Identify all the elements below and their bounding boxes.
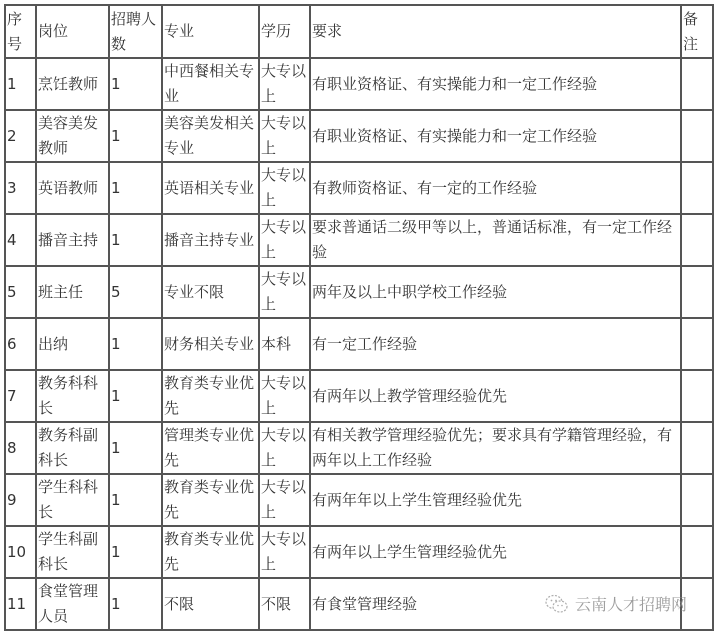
cell-education: 大专以上 [259, 162, 310, 214]
cell-position: 教务科科长 [36, 370, 109, 422]
cell-requirement: 有相关教学管理经验优先；要求具有学籍管理经验，有两年以上工作经验 [310, 422, 681, 474]
cell-position: 美容美发教师 [36, 110, 109, 162]
cell-major: 播音主持专业 [162, 214, 259, 266]
cell-requirement: 有教师资格证、有一定的工作经验 [310, 162, 681, 214]
cell-position: 班主任 [36, 266, 109, 318]
header-count: 招聘人数 [109, 5, 162, 58]
cell-position: 学生科科长 [36, 474, 109, 526]
cell-position: 出纳 [36, 318, 109, 370]
cell-no: 10 [5, 526, 36, 578]
cell-no: 6 [5, 318, 36, 370]
cell-major: 教育类专业优先 [162, 526, 259, 578]
table-row: 7 教务科科长 1 教育类专业优先 大专以上 有两年以上教学管理经验优先 [5, 370, 713, 422]
cell-remark [681, 422, 713, 474]
cell-major: 英语相关专业 [162, 162, 259, 214]
cell-no: 5 [5, 266, 36, 318]
table-row: 6 出纳 1 财务相关专业 本科 有一定工作经验 [5, 318, 713, 370]
cell-education: 大专以上 [259, 422, 310, 474]
table-row: 1 烹饪教师 1 中西餐相关专业 大专以上 有职业资格证、有实操能力和一定工作经… [5, 58, 713, 110]
cell-major: 管理类专业优先 [162, 422, 259, 474]
cell-count: 1 [109, 474, 162, 526]
cell-major: 教育类专业优先 [162, 370, 259, 422]
table-row: 5 班主任 5 专业不限 大专以上 两年及以上中职学校工作经验 [5, 266, 713, 318]
cell-no: 2 [5, 110, 36, 162]
header-major: 专业 [162, 5, 259, 58]
cell-count: 1 [109, 214, 162, 266]
cell-major: 财务相关专业 [162, 318, 259, 370]
wechat-icon [545, 594, 569, 614]
cell-requirement: 要求普通话二级甲等以上，普通话标准，有一定工作经验 [310, 214, 681, 266]
cell-no: 8 [5, 422, 36, 474]
cell-education: 大专以上 [259, 526, 310, 578]
header-requirement: 要求 [310, 5, 681, 58]
cell-no: 1 [5, 58, 36, 110]
table-row: 10 学生科副科长 1 教育类专业优先 大专以上 有两年以上学生管理经验优先 [5, 526, 713, 578]
cell-requirement: 两年及以上中职学校工作经验 [310, 266, 681, 318]
cell-count: 1 [109, 318, 162, 370]
cell-major: 专业不限 [162, 266, 259, 318]
cell-requirement: 有一定工作经验 [310, 318, 681, 370]
watermark: 云南人才招聘网 [545, 592, 687, 615]
cell-remark [681, 318, 713, 370]
cell-count: 1 [109, 58, 162, 110]
cell-position: 学生科副科长 [36, 526, 109, 578]
header-position: 岗位 [36, 5, 109, 58]
cell-position: 英语教师 [36, 162, 109, 214]
cell-count: 1 [109, 370, 162, 422]
cell-remark [681, 214, 713, 266]
cell-position: 播音主持 [36, 214, 109, 266]
cell-count: 1 [109, 578, 162, 630]
cell-major: 不限 [162, 578, 259, 630]
table-row: 9 学生科科长 1 教育类专业优先 大专以上 有两年年以上学生管理经验优先 [5, 474, 713, 526]
cell-requirement: 有两年以上学生管理经验优先 [310, 526, 681, 578]
cell-remark [681, 370, 713, 422]
cell-count: 5 [109, 266, 162, 318]
cell-no: 4 [5, 214, 36, 266]
cell-count: 1 [109, 110, 162, 162]
header-remark: 备注 [681, 5, 713, 58]
recruitment-table: 序号 岗位 招聘人数 专业 学历 要求 备注 1 烹饪教师 1 中西餐相关专业 … [4, 4, 714, 631]
table-row: 4 播音主持 1 播音主持专业 大专以上 要求普通话二级甲等以上，普通话标准，有… [5, 214, 713, 266]
cell-requirement: 有职业资格证、有实操能力和一定工作经验 [310, 58, 681, 110]
cell-no: 3 [5, 162, 36, 214]
table-row: 3 英语教师 1 英语相关专业 大专以上 有教师资格证、有一定的工作经验 [5, 162, 713, 214]
cell-education: 不限 [259, 578, 310, 630]
cell-major: 中西餐相关专业 [162, 58, 259, 110]
table-row: 8 教务科副科长 1 管理类专业优先 大专以上 有相关教学管理经验优先；要求具有… [5, 422, 713, 474]
cell-no: 7 [5, 370, 36, 422]
cell-remark [681, 474, 713, 526]
cell-count: 1 [109, 162, 162, 214]
cell-requirement: 有两年年以上学生管理经验优先 [310, 474, 681, 526]
header-education: 学历 [259, 5, 310, 58]
cell-remark [681, 58, 713, 110]
cell-remark [681, 162, 713, 214]
cell-education: 大专以上 [259, 214, 310, 266]
table-header-row: 序号 岗位 招聘人数 专业 学历 要求 备注 [5, 5, 713, 58]
cell-remark [681, 526, 713, 578]
cell-education: 大专以上 [259, 266, 310, 318]
cell-education: 大专以上 [259, 370, 310, 422]
cell-education: 大专以上 [259, 58, 310, 110]
cell-no: 11 [5, 578, 36, 630]
watermark-text: 云南人才招聘网 [575, 592, 687, 615]
cell-count: 1 [109, 526, 162, 578]
cell-major: 美容美发相关专业 [162, 110, 259, 162]
cell-education: 本科 [259, 318, 310, 370]
cell-requirement: 有两年以上教学管理经验优先 [310, 370, 681, 422]
cell-remark [681, 110, 713, 162]
cell-requirement: 有职业资格证、有实操能力和一定工作经验 [310, 110, 681, 162]
cell-no: 9 [5, 474, 36, 526]
header-no: 序号 [5, 5, 36, 58]
table-row: 2 美容美发教师 1 美容美发相关专业 大专以上 有职业资格证、有实操能力和一定… [5, 110, 713, 162]
cell-education: 大专以上 [259, 110, 310, 162]
cell-position: 烹饪教师 [36, 58, 109, 110]
cell-major: 教育类专业优先 [162, 474, 259, 526]
cell-position: 食堂管理人员 [36, 578, 109, 630]
cell-position: 教务科副科长 [36, 422, 109, 474]
cell-count: 1 [109, 422, 162, 474]
cell-education: 大专以上 [259, 474, 310, 526]
cell-remark [681, 266, 713, 318]
